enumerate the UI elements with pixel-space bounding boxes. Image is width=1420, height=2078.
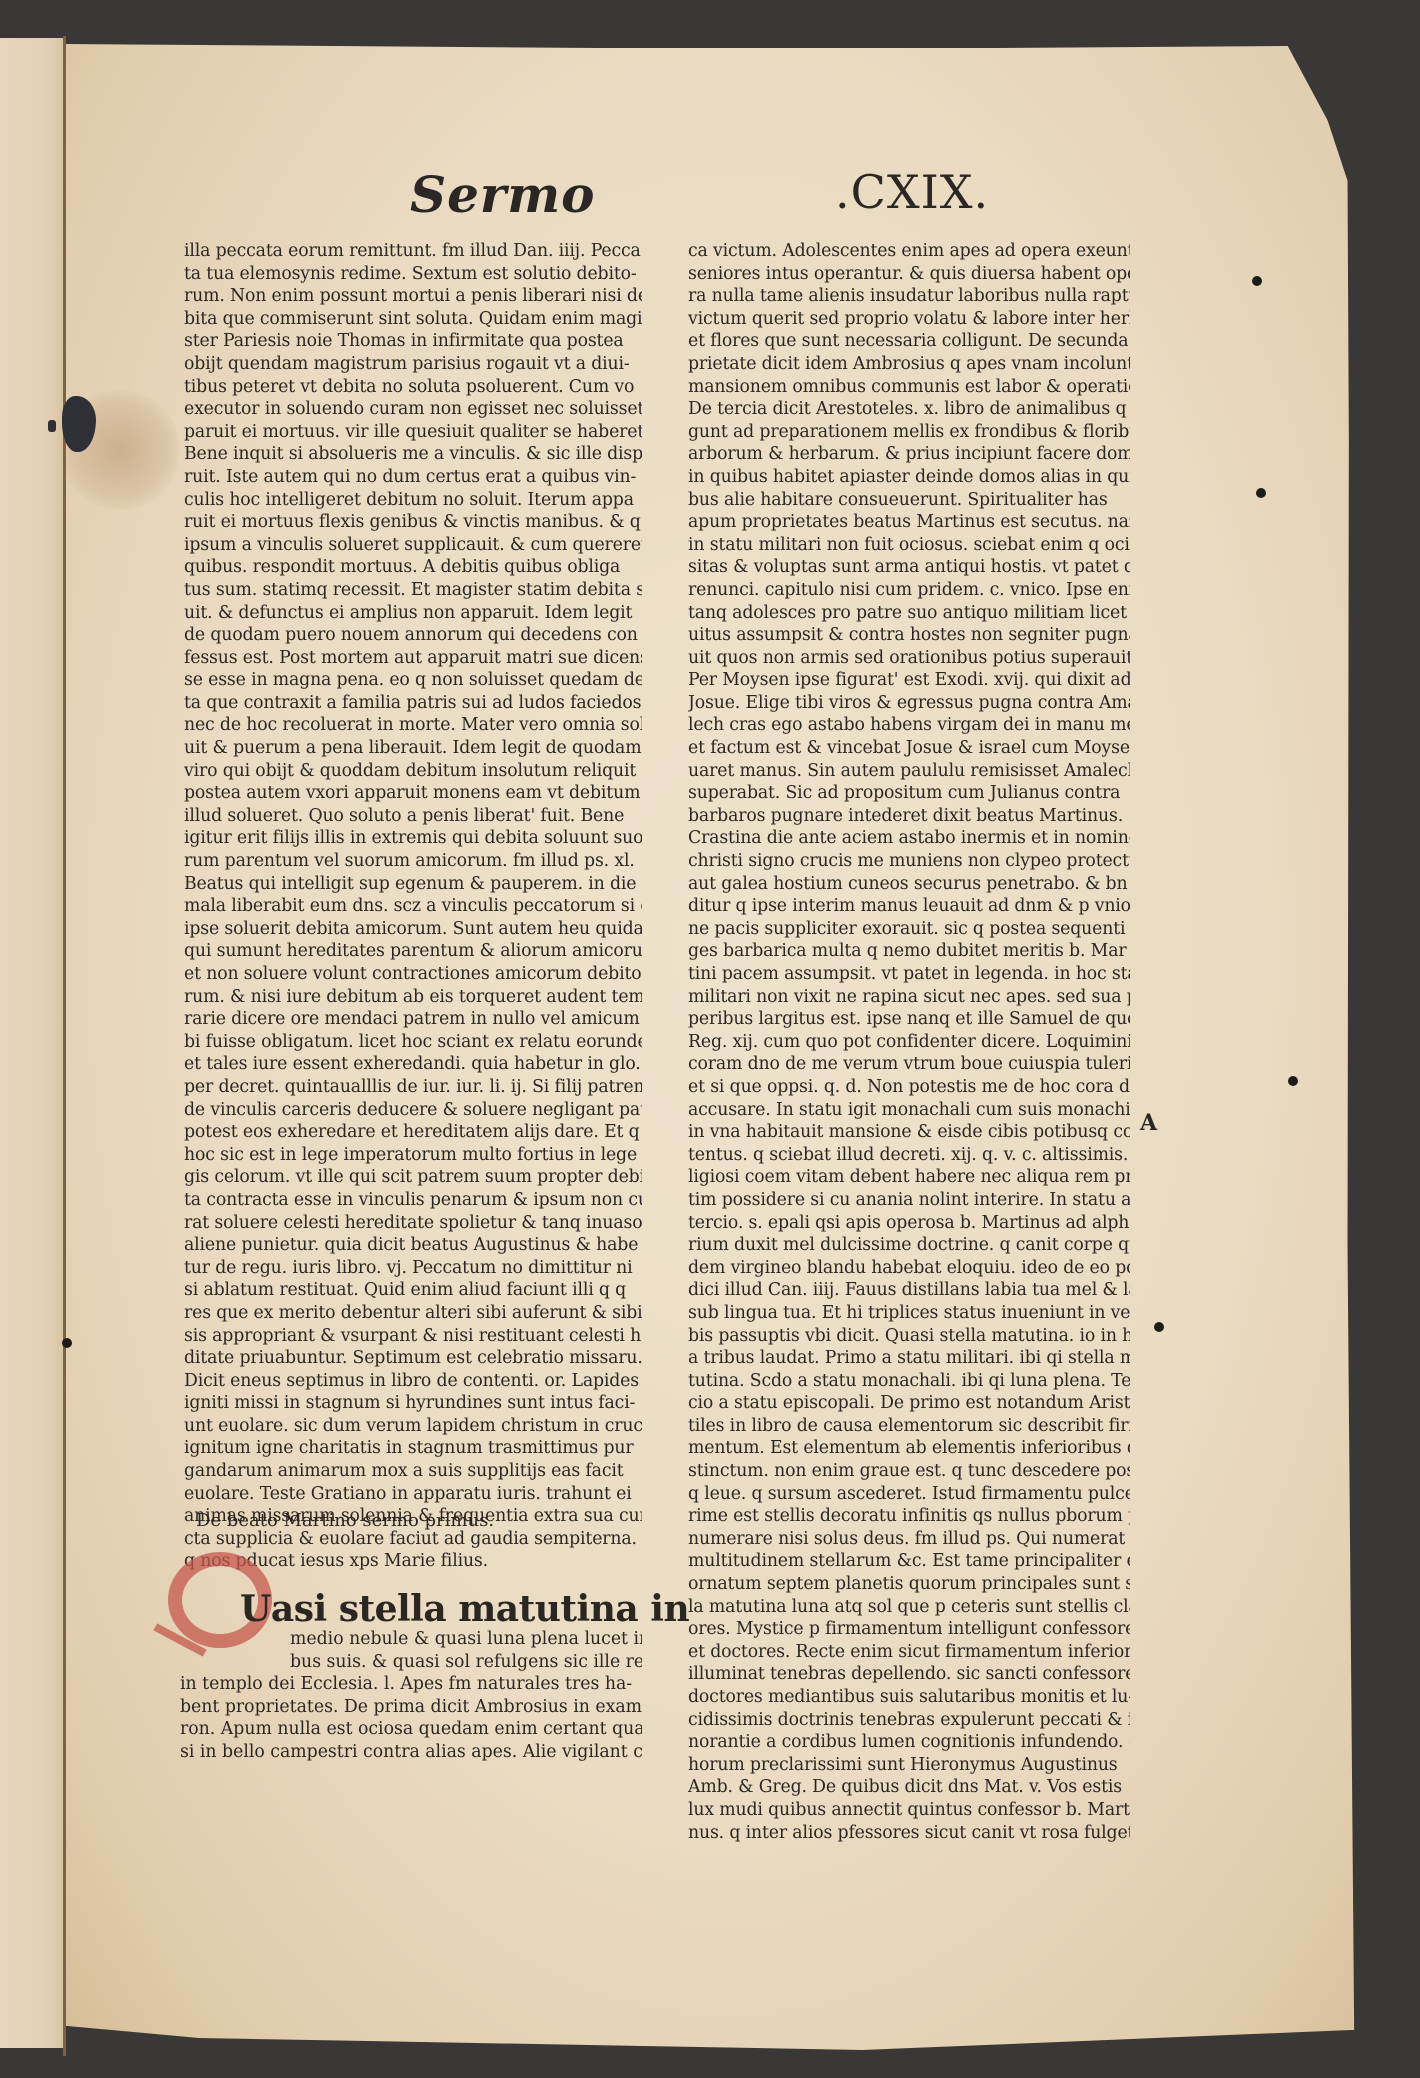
text-line: in templo dei Ecclesia. l. Apes fm natur… bbox=[180, 1673, 642, 1696]
text-line: christi signo crucis me muniens non clyp… bbox=[688, 850, 1130, 873]
text-line: ditate priuabuntur. Septimum est celebra… bbox=[184, 1347, 642, 1370]
text-line: ta contracta esse in vinculis penarum & … bbox=[184, 1189, 642, 1212]
text-line: uitus assumpsit & contra hostes non segn… bbox=[688, 624, 1130, 647]
text-line: rarie dicere ore mendaci patrem in nullo… bbox=[184, 1008, 642, 1031]
left-column: illa peccata eorum remittunt. fm illud D… bbox=[184, 240, 642, 1573]
text-line: potest eos exheredare et hereditatem ali… bbox=[184, 1121, 642, 1144]
text-line: uit. & defunctus ei amplius non apparuit… bbox=[184, 602, 642, 625]
text-line: per decret. quintaualllis de iur. iur. l… bbox=[184, 1076, 642, 1099]
text-line: Amb. & Greg. De quibus dicit dns Mat. v.… bbox=[688, 1776, 1130, 1799]
binding-gutter bbox=[63, 36, 66, 2056]
margin-dot bbox=[62, 1338, 72, 1348]
text-line: de quodam puero nouem annorum qui decede… bbox=[184, 624, 642, 647]
text-line: in statu militari non fuit ociosus. scie… bbox=[688, 534, 1130, 557]
text-line: Reg. xij. cum quo pot confidenter dicere… bbox=[688, 1031, 1130, 1054]
text-line: uaret manus. Sin autem paululu remisisse… bbox=[688, 760, 1130, 783]
text-line: horum preclarissimi sunt Hieronymus Augu… bbox=[688, 1754, 1130, 1777]
margin-dot bbox=[1288, 1076, 1298, 1086]
text-line: tur de regu. iuris libro. vj. Peccatum n… bbox=[184, 1257, 642, 1280]
marginal-letter: A bbox=[1140, 1110, 1157, 1136]
text-line: stinctum. non enim graue est. q tunc des… bbox=[688, 1460, 1130, 1483]
text-line: se esse in magna pena. eo q non soluisse… bbox=[184, 669, 642, 692]
margin-dot bbox=[1154, 1322, 1164, 1332]
text-line: tibus peteret vt debita no soluta psolue… bbox=[184, 376, 642, 399]
text-line: apum proprietates beatus Martinus est se… bbox=[688, 511, 1130, 534]
text-line: si ablatum restituat. Quid enim aliud fa… bbox=[184, 1279, 642, 1302]
text-line: rat soluere celesti hereditate spolietur… bbox=[184, 1212, 642, 1235]
text-line: mentum. Est elementum ab elementis infer… bbox=[688, 1437, 1130, 1460]
text-line: aut galea hostium cuneos securus penetra… bbox=[688, 873, 1130, 896]
text-line: et si que oppsi. q. d. Non potestis me d… bbox=[688, 1076, 1130, 1099]
text-line: barbaros pugnare intederet dixit beatus … bbox=[688, 805, 1130, 828]
facing-page-edge bbox=[0, 38, 64, 2048]
text-line: et doctores. Recte enim sicut firmamentu… bbox=[688, 1641, 1130, 1664]
text-line: in quibus habitet apiaster deinde domos … bbox=[688, 466, 1130, 489]
text-line: ca victum. Adolescentes enim apes ad ope… bbox=[688, 240, 1130, 263]
text-line: mala liberabit eum dns. scz a vinculis p… bbox=[184, 895, 642, 918]
text-line: rum parentum vel suorum amicorum. fm ill… bbox=[184, 850, 642, 873]
text-line: cta supplicia & euolare faciut ad gaudia… bbox=[184, 1528, 642, 1551]
text-line: tiles in libro de causa elementorum sic … bbox=[688, 1415, 1130, 1438]
text-line: obijt quendam magistrum parisius rogauit… bbox=[184, 353, 642, 376]
text-line: illa peccata eorum remittunt. fm illud D… bbox=[184, 240, 642, 263]
text-line: cidissimis doctrinis tenebras expulerunt… bbox=[688, 1709, 1130, 1732]
margin-dot bbox=[1256, 488, 1266, 498]
text-line: postea autem vxori apparuit monens eam v… bbox=[184, 782, 642, 805]
text-line: ruit. Iste autem qui no dum certus erat … bbox=[184, 466, 642, 489]
text-line: sub lingua tua. Et hi triplices status i… bbox=[688, 1302, 1130, 1325]
text-line: tanq adolesces pro patre suo antiquo mil… bbox=[688, 602, 1130, 625]
text-line: Bene inquit si absolueris me a vinculis.… bbox=[184, 443, 642, 466]
text-line: nus. q inter alios pfessores sicut canit… bbox=[688, 1822, 1130, 1845]
text-line: ditur q ipse interim manus leuauit ad dn… bbox=[688, 895, 1130, 918]
text-line: mansionem omnibus communis est labor & o… bbox=[688, 376, 1130, 399]
text-line: ster Pariesis noie Thomas in infirmitate… bbox=[184, 330, 642, 353]
text-line: gandarum animarum mox a suis supplitijs … bbox=[184, 1460, 642, 1483]
text-line: dem virgineo blandu habebat eloquiu. ide… bbox=[688, 1257, 1130, 1280]
text-line: gis celorum. vt ille qui scit patrem suu… bbox=[184, 1166, 642, 1189]
text-line: bita que commiserunt sint soluta. Quidam… bbox=[184, 308, 642, 331]
text-line: tim possidere si cu anania nolint interi… bbox=[688, 1189, 1130, 1212]
text-line: uit quos non armis sed orationibus potiu… bbox=[688, 647, 1130, 670]
text-line: accusare. In statu igit monachali cum su… bbox=[688, 1099, 1130, 1122]
text-line: igniti missi in stagnum si hyrundines su… bbox=[184, 1392, 642, 1415]
text-line: culis hoc intelligeret debitum no soluit… bbox=[184, 489, 642, 512]
text-line: tini pacem assumpsit. vt patet in legend… bbox=[688, 963, 1130, 986]
text-line: ta tua elemosynis redime. Sextum est sol… bbox=[184, 263, 642, 286]
text-line: et factum est & vincebat Josue & israel … bbox=[688, 737, 1130, 760]
text-line: bi fuisse obligatum. licet hoc sciant ex… bbox=[184, 1031, 642, 1054]
text-line: doctores mediantibus suis salutaribus mo… bbox=[688, 1686, 1130, 1709]
text-line: ta que contraxit a familia patris sui ad… bbox=[184, 692, 642, 715]
margin-dot bbox=[1252, 276, 1262, 286]
text-line: qui sumunt hereditates parentum & alioru… bbox=[184, 940, 642, 963]
text-line: Dicit eneus septimus in libro de content… bbox=[184, 1370, 642, 1393]
text-line: bus suis. & quasi sol refulgens sic ille… bbox=[180, 1651, 642, 1674]
text-line: ruit ei mortuus flexis genibus & vinctis… bbox=[184, 511, 642, 534]
text-line: illud solueret. Quo soluto a penis liber… bbox=[184, 805, 642, 828]
text-line: militari non vixit ne rapina sicut nec a… bbox=[688, 986, 1130, 1009]
text-line: paruit ei mortuus. vir ille quesiuit qua… bbox=[184, 421, 642, 444]
text-line: superabat. Sic ad propositum cum Julianu… bbox=[688, 782, 1130, 805]
text-line: rium duxit mel dulcissime doctrine. q ca… bbox=[688, 1234, 1130, 1257]
text-line: multitudinem stellarum &c. Est tame prin… bbox=[688, 1550, 1130, 1573]
text-line: ores. Mystice p firmamentum intelligunt … bbox=[688, 1618, 1130, 1641]
text-line: dici illud Can. iiij. Fauus distillans l… bbox=[688, 1279, 1130, 1302]
text-line: ipsum a vinculis solueret supplicauit. &… bbox=[184, 534, 642, 557]
text-line: renunci. capitulo nisi cum pridem. c. vn… bbox=[688, 579, 1130, 602]
text-line: medio nebule & quasi luna plena lucet in… bbox=[180, 1628, 642, 1651]
text-line: si in bello campestri contra alias apes.… bbox=[180, 1741, 642, 1764]
sermon-incipit: Uasi stella matutina in bbox=[240, 1588, 689, 1630]
text-line: norantie a cordibus lumen cognitionis in… bbox=[688, 1731, 1130, 1754]
text-line: rum. Non enim possunt mortui a penis lib… bbox=[184, 285, 642, 308]
text-line: ipse soluerit debita amicorum. Sunt aute… bbox=[184, 918, 642, 941]
text-line: ra nulla tame alienis insudatur laboribu… bbox=[688, 285, 1130, 308]
text-line: tus sum. statimq recessit. Et magister s… bbox=[184, 579, 642, 602]
text-line: ornatum septem planetis quorum principal… bbox=[688, 1573, 1130, 1596]
text-line: illuminat tenebras depellendo. sic sanct… bbox=[688, 1663, 1130, 1686]
text-line: et non soluere volunt contractiones amic… bbox=[184, 963, 642, 986]
text-line: lech cras ego astabo habens virgam dei i… bbox=[688, 714, 1130, 737]
text-line: in vna habitauit mansione & eisde cibis … bbox=[688, 1121, 1130, 1144]
text-line: ligiosi coem vitam debent habere nec ali… bbox=[688, 1166, 1130, 1189]
text-line: Crastina die ante aciem astabo inermis e… bbox=[688, 827, 1130, 850]
text-line: tercio. s. epali qsi apis operosa b. Mar… bbox=[688, 1212, 1130, 1235]
text-line: arborum & herbarum. & prius incipiunt fa… bbox=[688, 443, 1130, 466]
text-line: viro qui obijt & quoddam debitum insolut… bbox=[184, 760, 642, 783]
text-line: la matutina luna atq sol que p ceteris s… bbox=[688, 1596, 1130, 1619]
text-line: aliene punietur. quia dicit beatus Augus… bbox=[184, 1234, 642, 1257]
text-line: bent proprietates. De prima dicit Ambros… bbox=[180, 1696, 642, 1719]
running-head-left: Sermo bbox=[410, 165, 596, 224]
text-line: Per Moysen ipse figurat' est Exodi. xvij… bbox=[688, 669, 1130, 692]
text-line: victum querit sed proprio volatu & labor… bbox=[688, 308, 1130, 331]
text-line: prietate dicit idem Ambrosius q apes vna… bbox=[688, 353, 1130, 376]
text-line: tentus. q sciebat illud decreti. xij. q.… bbox=[688, 1144, 1130, 1167]
text-line: gunt ad preparationem mellis ex frondibu… bbox=[688, 421, 1130, 444]
text-line: De tercia dicit Arestoteles. x. libro de… bbox=[688, 398, 1130, 421]
text-line: a tribus laudat. Primo a statu militari.… bbox=[688, 1347, 1130, 1370]
text-line: numerare nisi solus deus. fm illud ps. Q… bbox=[688, 1528, 1130, 1551]
text-line: bus alie habitare consueuerunt. Spiritua… bbox=[688, 489, 1130, 512]
text-line: igitur erit filijs illis in extremis qui… bbox=[184, 827, 642, 850]
text-line: hoc sic est in lege imperatorum multo fo… bbox=[184, 1144, 642, 1167]
text-line: ges barbarica multa q nemo dubitet merit… bbox=[688, 940, 1130, 963]
text-line: fessus est. Post mortem aut apparuit mat… bbox=[184, 647, 642, 670]
sermon-heading: De beato Martino sermo primus. bbox=[196, 1510, 494, 1531]
text-line: Beatus qui intelligit sup egenum & paupe… bbox=[184, 873, 642, 896]
text-line: rum. & nisi iure debitum ab eis torquere… bbox=[184, 986, 642, 1009]
text-line: bis passuptis vbi dicit. Quasi stella ma… bbox=[688, 1325, 1130, 1348]
text-line: tutina. Scdo a statu monachali. ibi qi l… bbox=[688, 1370, 1130, 1393]
text-line: res que ex merito debentur alteri sibi a… bbox=[184, 1302, 642, 1325]
text-line: de vinculis carceris deducere & soluere … bbox=[184, 1099, 642, 1122]
text-line: ne pacis suppliciter exorauit. sic q pos… bbox=[688, 918, 1130, 941]
text-line: coram dno de me verum vtrum boue cuiuspi… bbox=[688, 1053, 1130, 1076]
text-line: et flores que sunt necessaria colligunt.… bbox=[688, 330, 1130, 353]
text-line: sis appropriant & vsurpant & nisi restit… bbox=[184, 1325, 642, 1348]
text-line: ron. Apum nulla est ociosa quedam enim c… bbox=[180, 1718, 642, 1741]
text-line: quibus. respondit mortuus. A debitis qui… bbox=[184, 556, 642, 579]
text-line: lux mudi quibus annectit quintus confess… bbox=[688, 1799, 1130, 1822]
text-line: sitas & voluptas sunt arma antiqui hosti… bbox=[688, 556, 1130, 579]
text-line: peribus largitus est. ipse nanq et ille … bbox=[688, 1008, 1130, 1031]
left-column-continuation: medio nebule & quasi luna plena lucet in… bbox=[180, 1628, 642, 1764]
text-line: et tales iure essent exheredandi. quia h… bbox=[184, 1053, 642, 1076]
text-line: executor in soluendo curam non egisset n… bbox=[184, 398, 642, 421]
right-column: ca victum. Adolescentes enim apes ad ope… bbox=[688, 240, 1130, 1844]
text-line: Josue. Elige tibi viros & egressus pugna… bbox=[688, 692, 1130, 715]
text-line: q leue. q sursum ascederet. Istud firmam… bbox=[688, 1483, 1130, 1506]
text-line: unt euolare. sic dum verum lapidem chris… bbox=[184, 1415, 642, 1438]
text-line: cio a statu episcopali. De primo est not… bbox=[688, 1392, 1130, 1415]
text-line: rime est stellis decoratu infinitis qs n… bbox=[688, 1505, 1130, 1528]
ink-blot-small bbox=[48, 420, 56, 432]
folio-number: .CXIX. bbox=[835, 165, 989, 219]
text-line: nec de hoc recoluerat in morte. Mater ve… bbox=[184, 714, 642, 737]
text-line: euolare. Teste Gratiano in apparatu iuri… bbox=[184, 1483, 642, 1506]
text-line: ignitum igne charitatis in stagnum trasm… bbox=[184, 1437, 642, 1460]
text-line: uit & puerum a pena liberauit. Idem legi… bbox=[184, 737, 642, 760]
text-line: seniores intus operantur. & quis diuersa… bbox=[688, 263, 1130, 286]
